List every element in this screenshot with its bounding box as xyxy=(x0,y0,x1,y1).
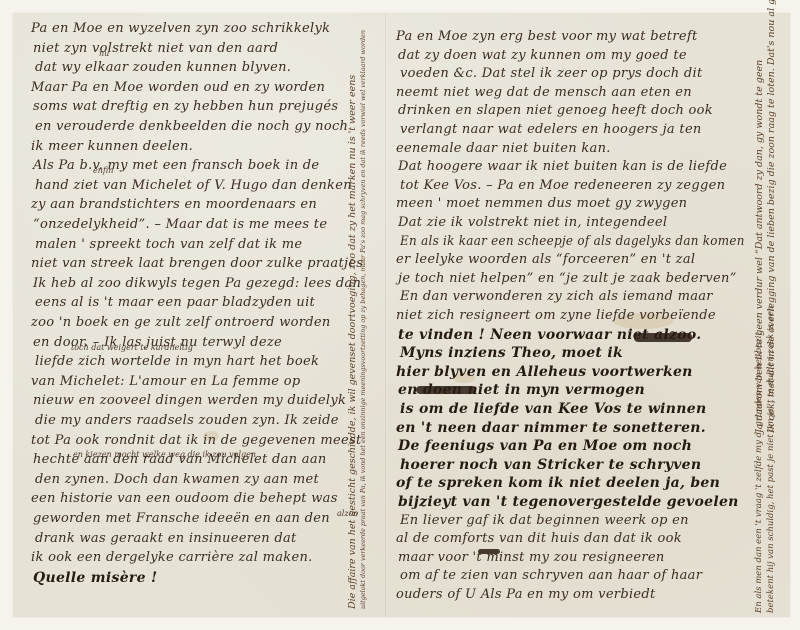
handwritten-line: geworden met Fransche ideeën en aan den xyxy=(33,511,330,526)
handwritten-line: Als Pa b.v. my met een fransch boek in d… xyxy=(33,158,319,173)
handwritten-line: neemt niet weg dat de mensch aan eten en xyxy=(396,85,692,100)
left-page: Pa en Moe en wyzelven zyn zoo schrikkely… xyxy=(13,13,386,617)
interlinear-insert: toch dat weigert te kardneltig xyxy=(71,343,193,352)
margin-note-left-2: uitgelokt door verkeerde praat van Pa, i… xyxy=(359,30,367,609)
handwritten-line: soms wat dreftig en zy hebben hun prejug… xyxy=(33,99,338,114)
handwritten-line: van Michelet: L'amour en La femme op xyxy=(31,374,300,389)
handwritten-line: eenemale daar niet buiten kan. xyxy=(396,141,611,156)
margin-note-right-4: betekent hij van schuldig, het past je n… xyxy=(766,306,776,613)
handwritten-line: om af te zien van schryven aan haar of h… xyxy=(400,568,702,583)
handwritten-line: niet zich resigneert om zyne liefde vorb… xyxy=(396,308,716,323)
handwritten-line: voeden &c. Dat stel ik zeer op prys doch… xyxy=(400,66,702,81)
handwritten-line: Myns inziens Theo, moet ik xyxy=(400,345,623,361)
interlinear-insert: en kiezen mocht welke weg die ik zou vol… xyxy=(73,450,256,459)
handwritten-line: De feeniugs van Pa en Moe om noch xyxy=(398,438,692,454)
handwritten-line: nieuw en zooveel dingen werden my duidel… xyxy=(33,393,346,408)
handwritten-line: hoerer noch van Stricker te schryven xyxy=(400,457,701,473)
handwritten-line: een historie van een oudoom die behept w… xyxy=(31,491,338,506)
margin-note-right-3: En als men dan een 't vraag 't zelfde my… xyxy=(754,332,764,613)
handwritten-line: verlangt naar wat edelers en hoogers ja … xyxy=(400,122,702,137)
handwritten-line: ik meer kunnen deelen. xyxy=(31,139,193,154)
handwritten-line: er leelyke woorden als “forceeren” en 't… xyxy=(396,252,695,267)
handwritten-line: Quelle misère ! xyxy=(33,570,157,586)
handwritten-line: Dat hoogere waar ik niet buiten kan is d… xyxy=(398,159,727,174)
handwritten-line: “onzedelykheid”. – Maar dat is me mees t… xyxy=(33,217,327,232)
margin-note-left-1: Die affaire van het gesticht geschiedde,… xyxy=(347,75,358,609)
handwritten-line: Dat zie ik volstrekt niet in, integendee… xyxy=(398,215,667,230)
handwritten-line: je toch niet helpen” en “je zult je zaak… xyxy=(398,271,737,286)
handwritten-line: drinken en slapen niet genoeg heeft doch… xyxy=(398,103,713,118)
handwritten-line: dat zy doen wat zy kunnen om my goed te xyxy=(398,48,687,63)
handwritten-line: tot Pa ook rondnit dat ik in de gegevene… xyxy=(31,433,362,448)
handwritten-line: Pa en Moe en wyzelven zyn zoo schrikkely… xyxy=(31,21,330,36)
handwritten-line: Maar Pa en Moe worden oud en zy worden xyxy=(31,80,325,95)
handwritten-line: die my anders raadsels zouden zyn. Ik ze… xyxy=(35,413,339,428)
handwritten-line: En dan verwonderen zy zich als iemand ma… xyxy=(400,289,713,304)
handwritten-line: maar voor 't minst my zou resigneeren xyxy=(398,550,665,565)
handwritten-line: al de comforts van dit huis dan dat ik o… xyxy=(396,531,682,546)
right-page: Pa en Moe zyn erg best voor my wat betre… xyxy=(386,13,790,617)
interlinear-insert: nu xyxy=(99,49,109,58)
handwritten-line: bijzieyt van 't tegenovergestelde gevoel… xyxy=(398,494,739,510)
handwritten-line: niet van streek laat brengen door zulke … xyxy=(31,256,363,271)
interlinear-insert: enfin xyxy=(93,166,113,175)
handwritten-line: niet zyn volstrekt niet van den aard xyxy=(33,41,278,56)
handwritten-line: liefde zich wortelde in myn hart het boe… xyxy=(35,354,319,369)
handwritten-line: drank was geraakt en insinueeren dat xyxy=(35,531,297,546)
handwritten-line: malen ' spreekt toch van zelf dat ik me xyxy=(35,237,302,252)
ink-strikeout xyxy=(634,333,692,342)
handwritten-line: hier blyven en Alleheus voortwerken xyxy=(396,364,693,380)
handwritten-line: en verouderde denkbeelden die noch gy no… xyxy=(35,119,348,134)
handwritten-line: ik ook een dergelyke carrière zal maken. xyxy=(31,550,313,565)
handwritten-line: zy aan brandstichters en moordenaars en xyxy=(31,197,317,212)
handwritten-line: En liever gaf ik dat beginnen weerk op e… xyxy=(400,513,689,528)
ink-strikeout xyxy=(478,549,500,554)
handwritten-line: meen ' moet nemmen dus moet gy zwygen xyxy=(396,196,687,211)
ink-strikeout xyxy=(416,386,476,394)
handwritten-line: en 't neen daar nimmer te sonetteren. xyxy=(396,420,706,436)
handwritten-line: of te spreken kom ik niet deelen ja, ben xyxy=(396,475,720,491)
letter-sheet: Pa en Moe en wyzelven zyn zoo schrikkely… xyxy=(13,13,790,617)
handwritten-line: is om de liefde van Kee Vos te winnen xyxy=(400,401,706,417)
handwritten-line: tot Kee Vos. – Pa en Moe redeneeren zy z… xyxy=(400,178,725,193)
handwritten-line: Ik heb al zoo dikwyls tegen Pa gezegd: l… xyxy=(33,276,361,291)
handwritten-line: zoo 'n boek en ge zult zelf ontroerd wor… xyxy=(31,315,331,330)
handwritten-line: ouders of U Als Pa en my om verbiedt xyxy=(396,587,656,602)
handwritten-line: Pa en Moe zyn erg best voor my wat betre… xyxy=(396,29,697,44)
handwritten-line: eens al is 't maar een paar bladzyden ui… xyxy=(35,295,315,310)
handwritten-line: den zynen. Doch dan kwamen zy aan met xyxy=(35,472,319,487)
handwritten-line: hand ziet van Michelet of V. Hugo dan de… xyxy=(35,178,352,193)
handwritten-line: En als ik kaar een scheepje of als dagel… xyxy=(400,234,745,249)
handwritten-line: dat wy elkaar zouden kunnen blyven. xyxy=(35,60,291,75)
